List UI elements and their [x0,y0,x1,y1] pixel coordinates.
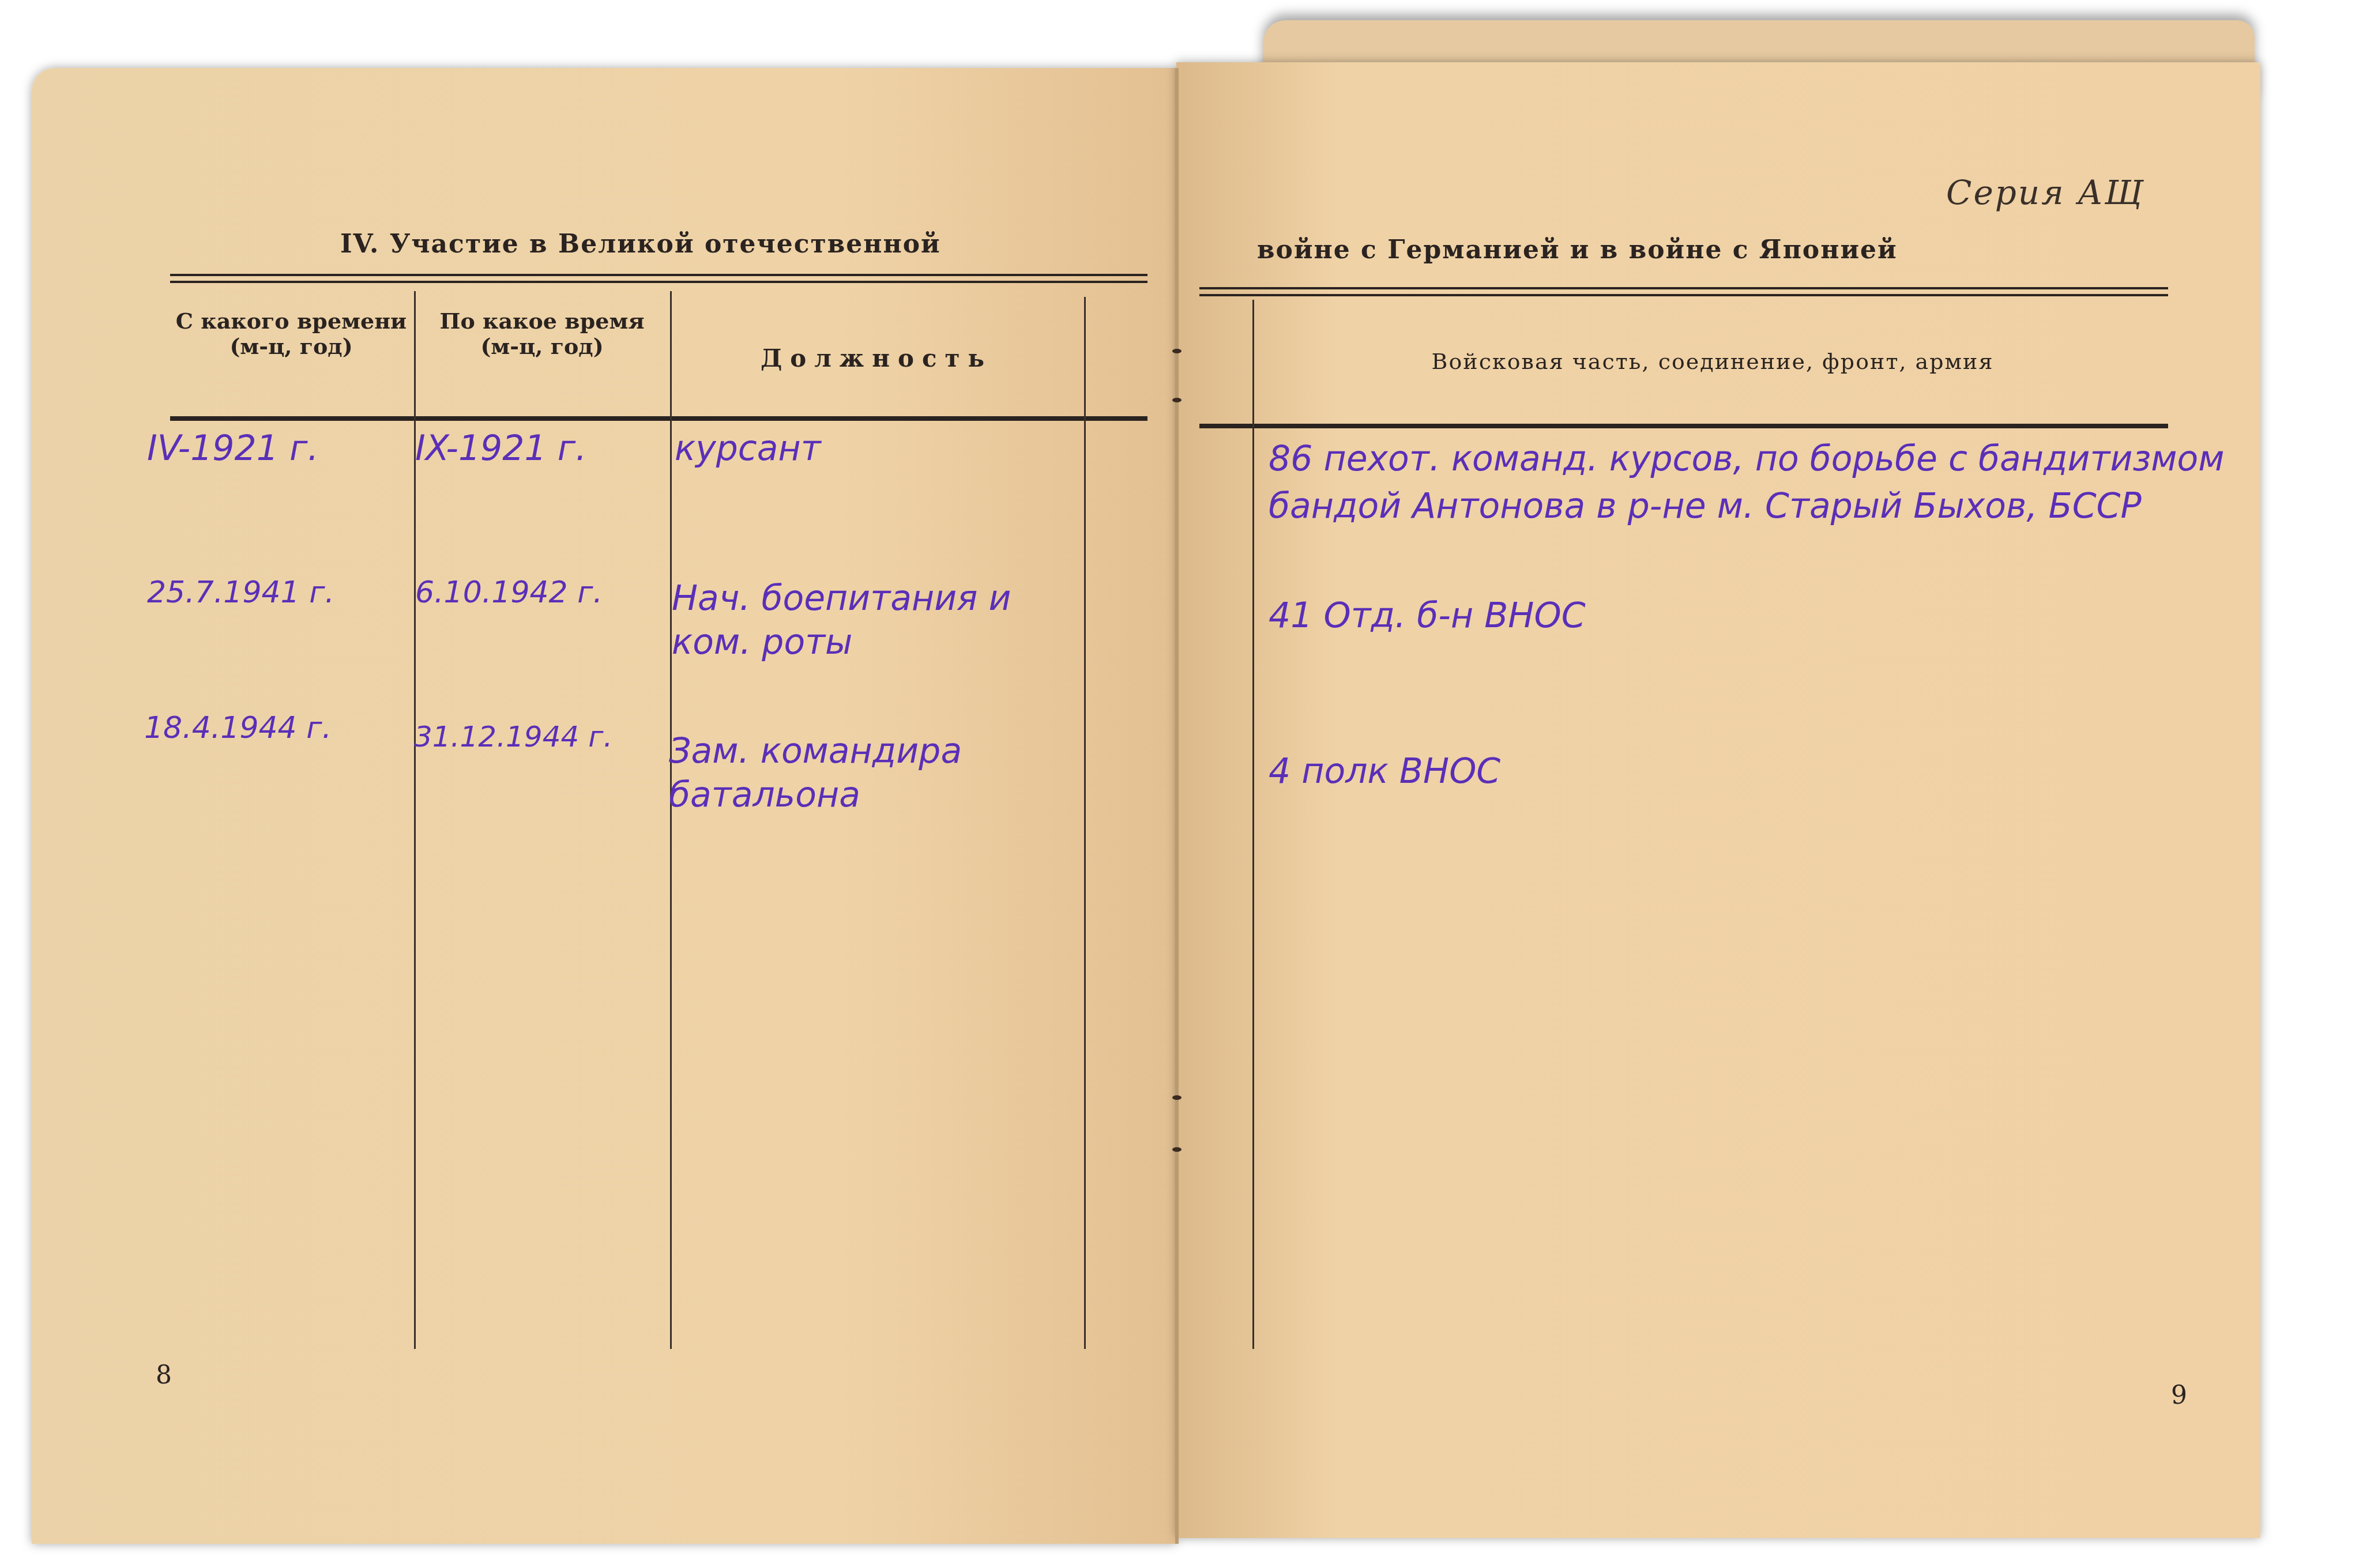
stitch-hole [1172,1147,1181,1152]
header-rule-top [1199,294,2168,296]
column-header-position: Должность [675,346,1078,371]
page-number-right: 9 [2171,1381,2187,1410]
page-number-left: 8 [156,1360,172,1390]
entry-from: 25.7.1941 г. [147,571,334,615]
entry-position: курсант [675,427,821,470]
column-divider [1084,297,1086,1349]
entry-unit: 4 полк ВНОС [1269,749,1500,793]
stitch-hole [1172,1095,1181,1100]
column-divider [1252,300,1254,1349]
series-label: Серия АЩ [1946,173,2144,212]
entry-from: IV-1921 г. [147,427,319,470]
section-heading-right: войне с Германией и в войне с Японией [1257,235,1898,265]
column-header-from: С какого времени (м-ц, год) [173,308,409,359]
entry-position: Нач. боепитания и ком. роты [672,576,1098,664]
section-heading-left: IV. Участие в Великой отечественной [340,229,941,259]
entry-position: Зам. командира батальона [669,729,1107,817]
entry-to: 31.12.1944 г. [414,715,612,759]
column-header-to: По какое время (м-ц, год) [421,308,663,359]
stitch-hole [1172,398,1181,402]
header-rule-bottom [1199,424,2168,428]
header-rule-top [1199,287,2168,289]
header-rule-top [170,274,1147,276]
entry-unit: 86 пехот. команд. курсов, по борьбе с ба… [1269,435,2278,530]
entry-to: 6.10.1942 г. [415,571,603,615]
entry-to: IX-1921 г. [415,427,586,470]
entry-from: 18.4.1944 г. [144,706,332,750]
spine-fold [1175,68,1179,1544]
entry-unit: 41 Отд. б-н ВНОС [1269,594,1586,638]
right-page [1176,62,2260,1538]
header-rule-top [170,281,1147,283]
stitch-hole [1172,349,1181,353]
column-divider [670,291,672,1349]
header-rule-bottom [170,416,1147,421]
column-header-unit: Войсковая часть, соединение, фронт, арми… [1269,349,2157,374]
